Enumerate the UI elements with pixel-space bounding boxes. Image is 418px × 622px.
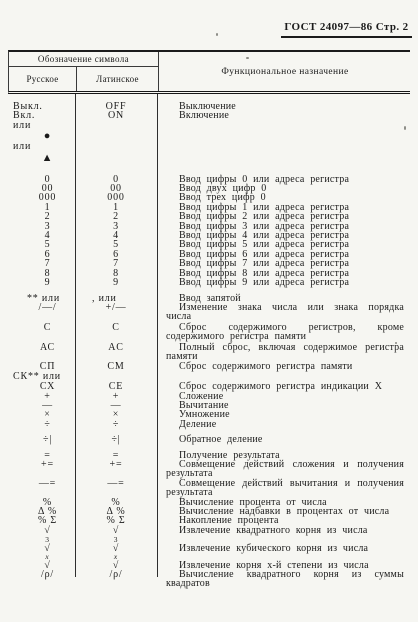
symbol-russian: АС xyxy=(8,343,75,352)
symbol-latin: /ρ/ xyxy=(75,570,157,579)
table-row: СCСброс содержимого регистров, кроме сод… xyxy=(8,323,410,342)
table-row: √√Извлечение квадратного корня из числа xyxy=(8,526,410,535)
header-latin-column: Латинское xyxy=(76,67,158,91)
table-body: Выкл.OFFВыключениеВкл.ONВключениеили●или… xyxy=(8,94,410,589)
table-row: Вкл.ONВключение xyxy=(8,111,410,120)
table-header: Обозначение символа Русское Латинское Фу… xyxy=(8,50,410,94)
function-description: Совмещение действий вычитания и получени… xyxy=(157,479,410,498)
symbol-russian: 3 xyxy=(8,222,75,231)
symbol-russian: ÷| xyxy=(8,435,75,444)
table-row: 99Ввод цифры 9 или адреса регистра xyxy=(8,278,410,287)
symbol-russian: 2 xyxy=(8,212,75,221)
function-description: Извлечение кубического корня из числа xyxy=(157,544,410,553)
symbol-russian: % Σ xyxy=(8,516,75,525)
header-function-column: Функциональное назначение xyxy=(158,52,411,91)
symbol-designation-table: Обозначение символа Русское Латинское Фу… xyxy=(8,50,410,589)
symbol-russian: 1 xyxy=(8,203,75,212)
function-description: Полный сброс, включая содержимое регистр… xyxy=(157,343,410,362)
function-description: Извлечение квадратного корня из числа xyxy=(157,526,410,535)
symbol-russian: или xyxy=(8,121,75,130)
symbol-russian: 8 xyxy=(8,269,75,278)
page-header-gost-number: ГОСТ 24097—86 Стр. 2 xyxy=(281,21,412,38)
symbol-russian: — xyxy=(8,401,75,410)
function-description: Вычисление квадратного корня из суммы кв… xyxy=(157,570,410,589)
symbol-russian: += xyxy=(8,460,75,469)
symbol-russian: —= xyxy=(8,479,75,488)
table-row: ● xyxy=(8,131,410,141)
column-divider-latin-function xyxy=(157,94,158,577)
symbol-latin: += xyxy=(75,460,157,469)
symbol-russian: 7 xyxy=(8,259,75,268)
symbol-russian: СХ xyxy=(8,382,75,391)
table-row: СПCMСброс содержимого регистра памяти xyxy=(8,362,410,371)
function-description: Включение xyxy=(157,111,410,120)
symbol-russian: 000 xyxy=(8,193,75,202)
function-description: Деление xyxy=(157,420,410,429)
symbol-russian: 5 xyxy=(8,240,75,249)
symbol-latin: —= xyxy=(75,479,157,488)
table-row: —=—=Совмещение действий вычитания и полу… xyxy=(8,479,410,498)
table-row: АСACПолный сброс, включая содержимое рег… xyxy=(8,343,410,362)
symbol-russian: ÷ xyxy=(8,420,75,429)
scan-artifact xyxy=(395,342,397,344)
table-row: /ρ//ρ/Вычисление квадратного корня из су… xyxy=(8,570,410,589)
symbol-russian: √ xyxy=(8,544,75,553)
scan-artifact xyxy=(216,33,218,36)
table-row: +=+=Совмещение действий сложения и получ… xyxy=(8,460,410,479)
symbol-russian: ▲ xyxy=(8,153,75,163)
function-description: Изменение знака числа или знака порядка … xyxy=(157,303,410,322)
table-row: СК** или xyxy=(8,372,410,381)
symbol-russian: /ρ/ xyxy=(8,570,75,579)
function-description: Совмещение действий сложения и получения… xyxy=(157,460,410,479)
symbol-latin: ÷| xyxy=(75,435,157,444)
scanned-document-page: ГОСТ 24097—86 Стр. 2 Обозначение символа… xyxy=(0,0,418,622)
table-row: ÷|÷|Обратное деление xyxy=(8,435,410,444)
symbol-latin: √ xyxy=(75,526,157,535)
symbol-russian: или xyxy=(8,142,75,151)
symbol-latin: CM xyxy=(75,362,157,371)
symbol-russian: /—/ xyxy=(8,303,75,312)
header-russian-column: Русское xyxy=(9,67,76,91)
table-row: или xyxy=(8,142,410,151)
scan-artifact xyxy=(246,57,249,59)
symbol-latin: AC xyxy=(75,343,157,352)
table-row: ▲ xyxy=(8,153,410,163)
function-description: Ввод цифры 9 или адреса регистра xyxy=(157,278,410,287)
symbol-russian: ● xyxy=(8,131,75,141)
symbol-russian: 9 xyxy=(8,278,75,287)
table-row: /—/+/—Изменение знака числа или знака по… xyxy=(8,303,410,322)
header-designation: Обозначение символа xyxy=(9,52,158,67)
symbol-russian: СК** или xyxy=(8,372,75,381)
symbol-latin: ON xyxy=(75,111,157,120)
symbol-russian: 6 xyxy=(8,250,75,259)
symbol-latin: C xyxy=(75,323,157,332)
table-row: √√Извлечение кубического корня из числа xyxy=(8,544,410,553)
function-description: Обратное деление xyxy=(157,435,410,444)
table-row: или xyxy=(8,121,410,130)
symbol-latin: 9 xyxy=(75,278,157,287)
symbol-russian: 4 xyxy=(8,231,75,240)
symbol-latin: ÷ xyxy=(75,420,157,429)
table-row: ÷÷Деление xyxy=(8,420,410,429)
symbol-russian: × xyxy=(8,410,75,419)
symbol-latin: +/— xyxy=(75,303,157,312)
function-description: Сброс содержимого регистра памяти xyxy=(157,362,410,371)
symbol-russian: √ xyxy=(8,526,75,535)
function-description: Сброс содержимого регистров, кроме содер… xyxy=(157,323,410,342)
column-divider-russian-latin xyxy=(75,94,76,577)
scan-artifact xyxy=(404,126,406,130)
symbol-russian: С xyxy=(8,323,75,332)
